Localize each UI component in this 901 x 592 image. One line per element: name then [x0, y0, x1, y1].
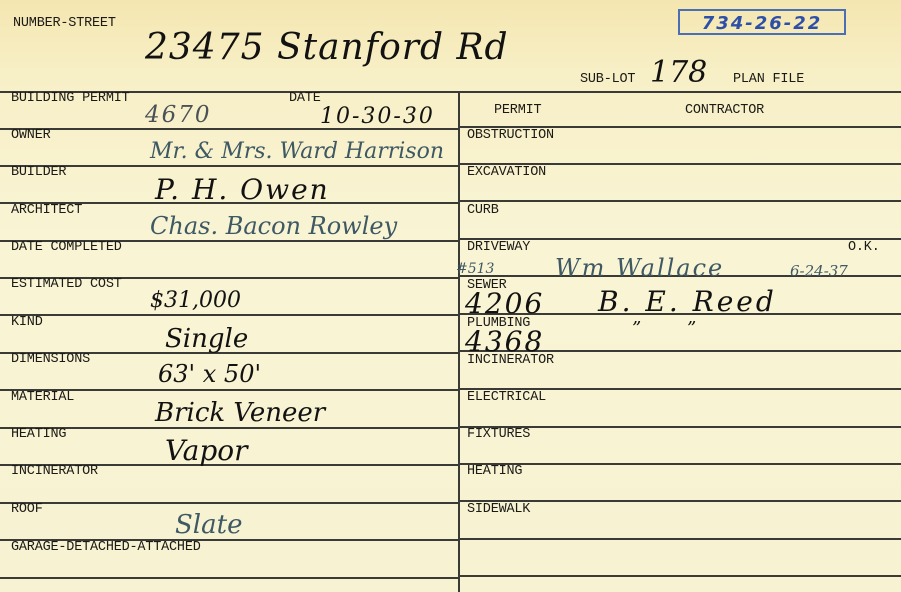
sub-lot-label: SUB-LOT — [580, 73, 635, 87]
driveway-contractor: Wm Wallace — [555, 256, 724, 280]
building-permit-value: 4670 — [145, 104, 212, 127]
column-divider — [458, 91, 460, 592]
sewer-permit-no: 4206 — [465, 290, 544, 318]
row-rule — [458, 200, 901, 202]
estimated-cost-value: $31,000 — [150, 290, 241, 312]
driveway-permit-no: #513 — [456, 262, 494, 276]
number-street-value: 23475 Stanford Rd — [145, 30, 509, 66]
number-street-label: NUMBER-STREET — [13, 17, 116, 31]
incinerator-label: INCINERATOR — [11, 465, 98, 479]
building-permit-label: BUILDING PERMIT — [11, 92, 130, 106]
row-rule — [0, 502, 458, 504]
garage-label: GARAGE-DETACHED-ATTACHED — [11, 541, 201, 555]
owner-value: Mr. & Mrs. Ward Harrison — [150, 141, 444, 163]
file-number-stamp: 734-26-22 — [678, 9, 846, 35]
fixtures-label: FIXTURES — [467, 428, 530, 442]
builder-value: P. H. Owen — [155, 176, 330, 204]
dimensions-value: 63' x 50' — [158, 362, 261, 386]
date-completed-label: DATE COMPLETED — [11, 241, 122, 255]
builder-label: BUILDER — [11, 166, 66, 180]
driveway-label: DRIVEWAY — [467, 241, 530, 255]
curb-label: CURB — [467, 204, 499, 218]
kind-value: Single — [165, 326, 248, 352]
heating-permit-label: HEATING — [467, 465, 522, 479]
sidewalk-label: SIDEWALK — [467, 503, 530, 517]
driveway-status: O.K. — [848, 241, 880, 255]
plumbing-permit-no: 4368 — [465, 328, 544, 356]
plan-file-label: PLAN FILE — [733, 73, 804, 87]
building-permit-card: NUMBER-STREET 23475 Stanford Rd 734-26-2… — [0, 0, 901, 592]
contractor-column-header: CONTRACTOR — [685, 104, 764, 118]
material-value: Brick Veneer — [155, 400, 325, 426]
permit-column-header: PERMIT — [494, 104, 541, 118]
row-rule — [0, 314, 458, 316]
top-rule — [0, 91, 901, 93]
electrical-label: ELECTRICAL — [467, 391, 546, 405]
sub-lot-value: 178 — [650, 58, 707, 88]
roof-label: ROOF — [11, 503, 43, 517]
date-value: 10-30-30 — [320, 106, 435, 128]
row-rule — [458, 463, 901, 465]
excavation-label: EXCAVATION — [467, 166, 546, 180]
roof-value: Slate — [175, 512, 242, 538]
owner-label: OWNER — [11, 129, 51, 143]
obstruction-label: OBSTRUCTION — [467, 129, 554, 143]
estimated-cost-label: ESTIMATED COST — [11, 278, 122, 292]
dimensions-label: DIMENSIONS — [11, 353, 90, 367]
row-rule — [458, 575, 901, 577]
architect-value: Chas. Bacon Rowley — [150, 214, 397, 238]
row-rule — [0, 165, 458, 167]
row-rule — [458, 538, 901, 540]
sewer-contractor: B. E. Reed — [598, 288, 777, 316]
heating-value: Vapor — [165, 437, 248, 465]
kind-label: KIND — [11, 316, 43, 330]
plumbing-contractor-ditto: ” ” — [632, 320, 696, 338]
driveway-note: 6-24-37 — [790, 264, 848, 279]
architect-label: ARCHITECT — [11, 204, 82, 218]
row-rule — [0, 577, 458, 579]
date-label: DATE — [289, 92, 321, 106]
heating-label: HEATING — [11, 428, 66, 442]
material-label: MATERIAL — [11, 391, 74, 405]
